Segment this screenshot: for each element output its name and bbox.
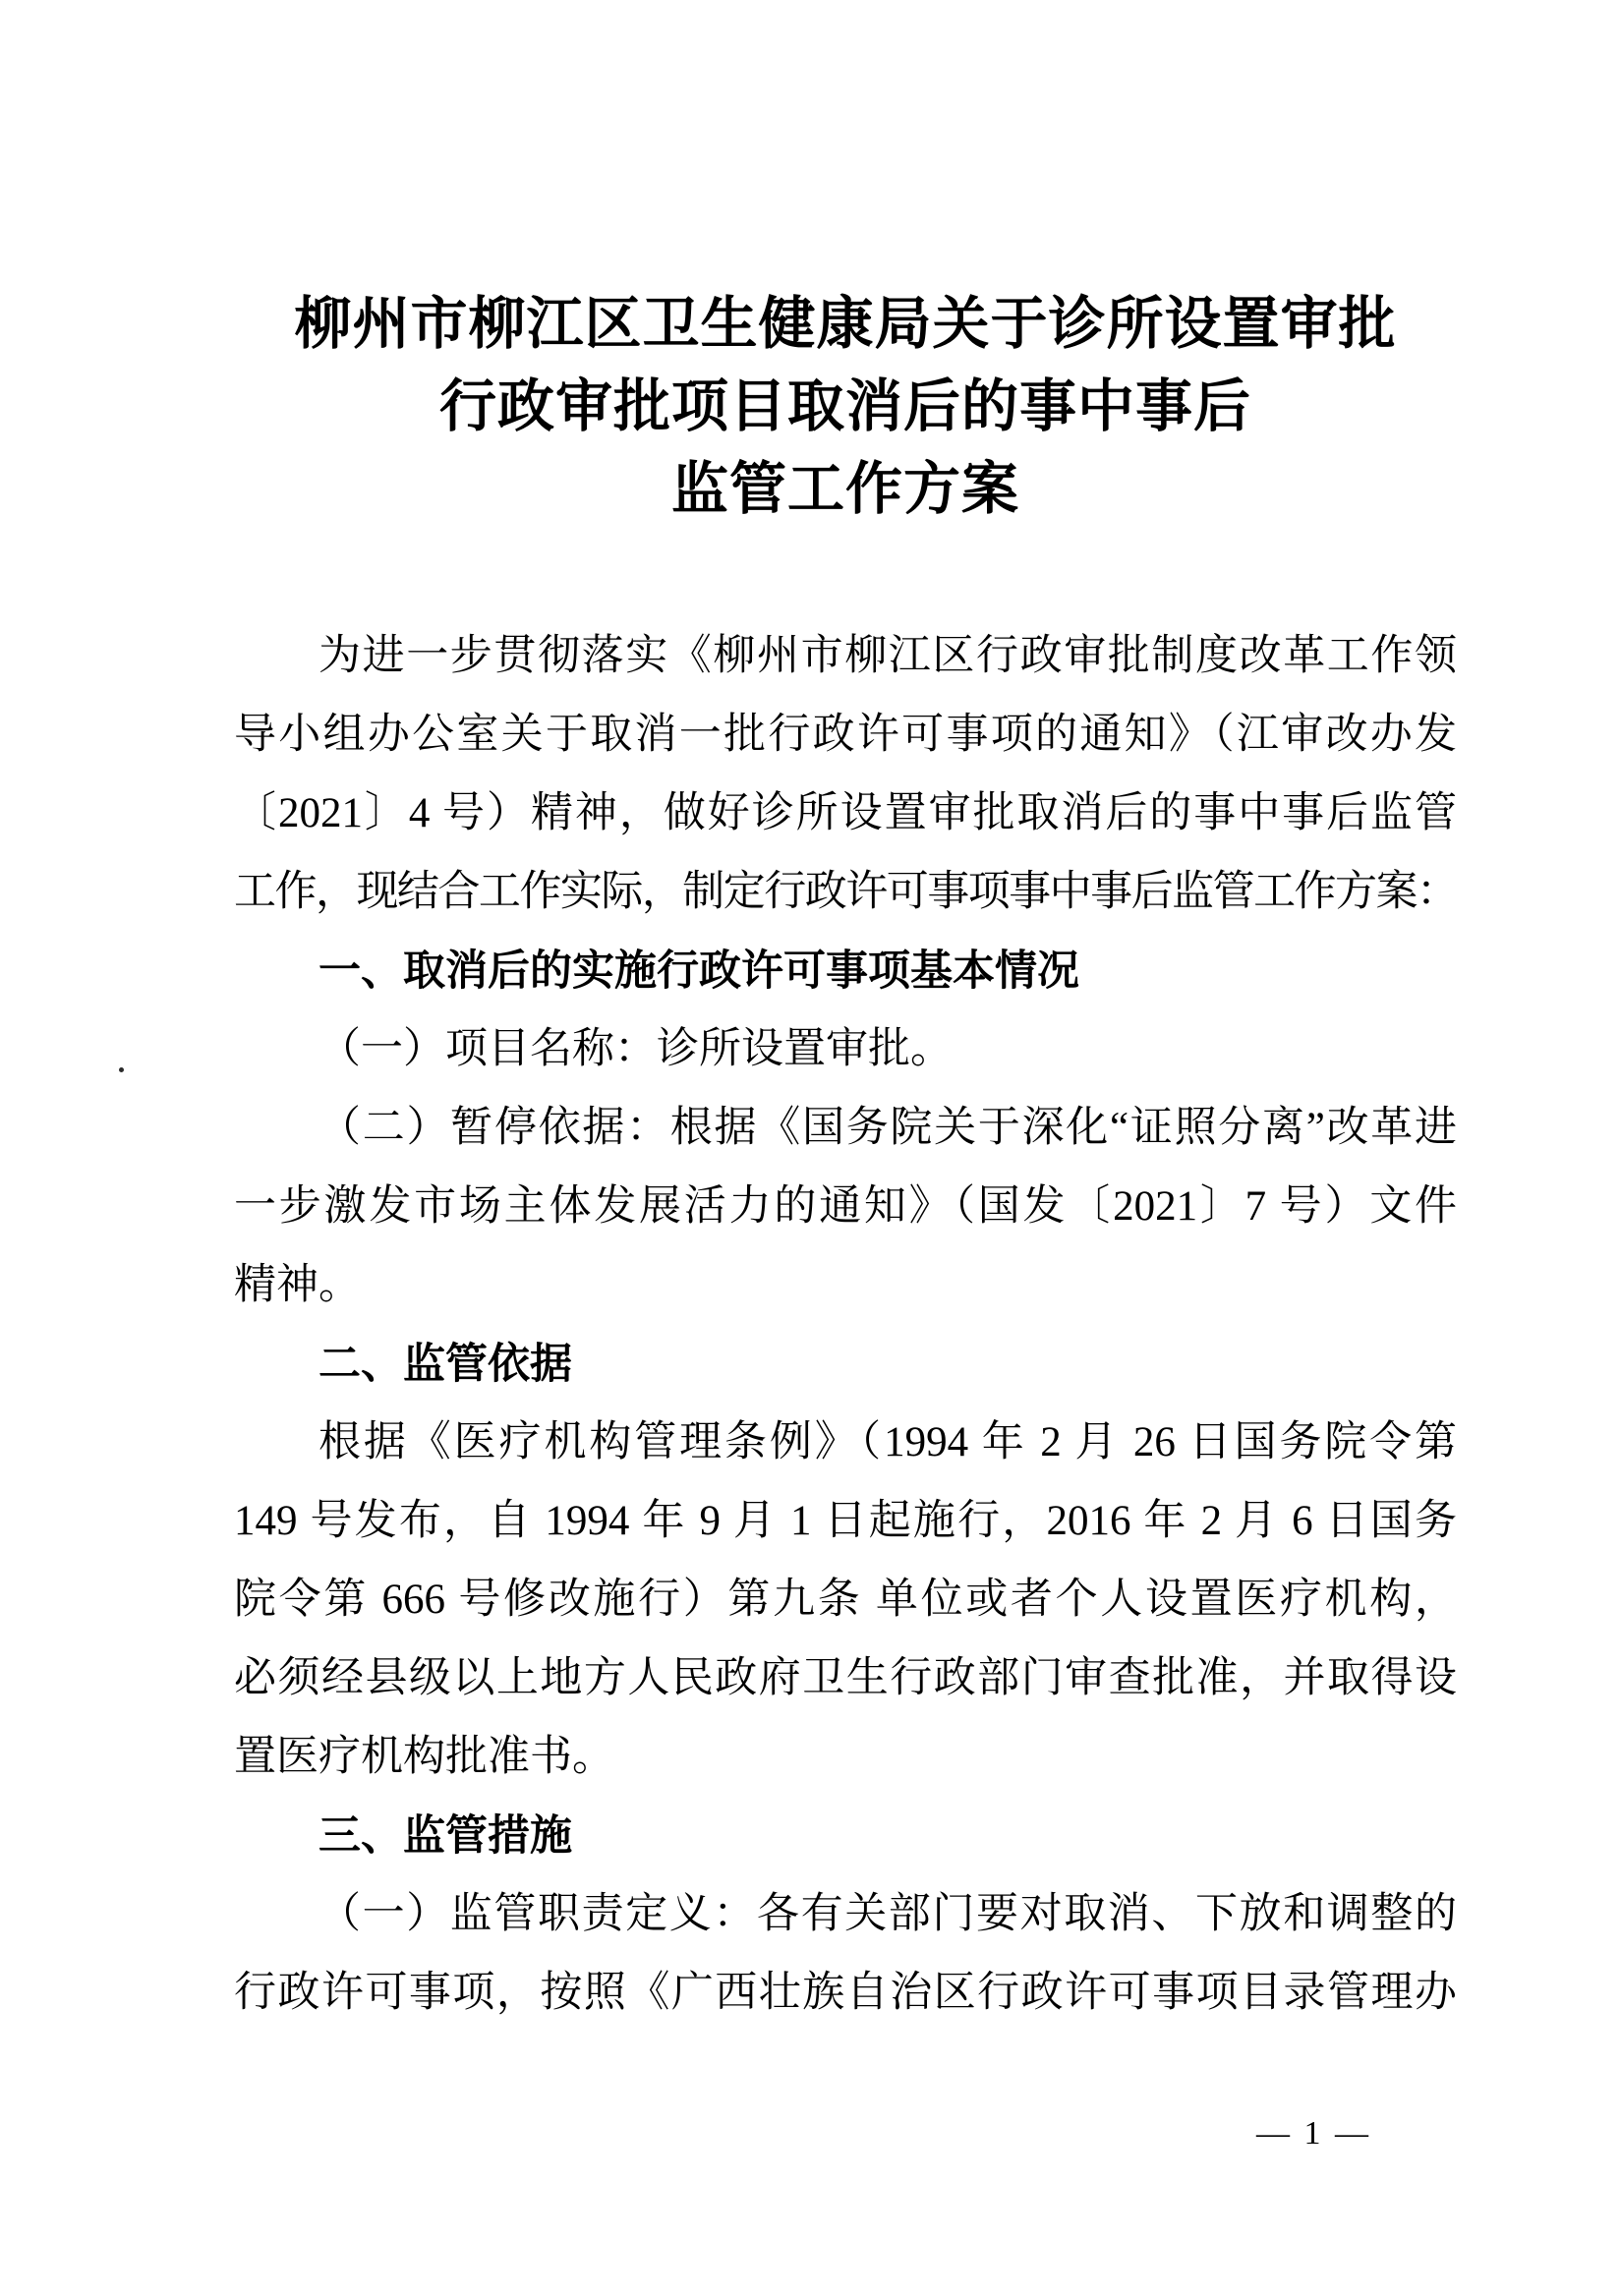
- body-line-12: 149 号发布，自 1994 年 9 月 1 日起施行，2016 年 2 月 6…: [234, 1482, 1457, 1561]
- body-line-09: 精神。: [234, 1246, 1457, 1325]
- document-page: 柳州市柳江区卫生健康局关于诊所设置审批 行政审批项目取消后的事中事后 监管工作方…: [0, 0, 1620, 2296]
- document-title-line-2: 行政审批项目取消后的事中事后: [234, 366, 1457, 448]
- document-title: 柳州市柳江区卫生健康局关于诊所设置审批 行政审批项目取消后的事中事后 监管工作方…: [234, 283, 1457, 531]
- document-body: 为进一步贯彻落实《柳州市柳江区行政审批制度改革工作领 导小组办公室关于取消一批行…: [234, 617, 1457, 2033]
- body-line-03: 〔2021〕4 号）精神，做好诊所设置审批取消后的事中事后监管: [234, 775, 1457, 853]
- body-line-04: 工作，现结合工作实际，制定行政许可事项事中事后监管工作方案：: [234, 853, 1457, 932]
- body-line-15: 置医疗机构批准书。: [234, 1718, 1457, 1797]
- body-line-13: 院令第 666 号修改施行）第九条 单位或者个人设置医疗机构，: [234, 1561, 1457, 1639]
- document-title-line-3: 监管工作方案: [234, 448, 1457, 531]
- body-line-14: 必须经县级以上地方人民政府卫生行政部门审查批准，并取得设: [234, 1639, 1457, 1718]
- section-heading-3: 三、监管措施: [234, 1797, 1457, 1875]
- body-line-06: （一）项目名称：诊所设置审批。: [234, 1010, 1457, 1089]
- page-number: — 1 —: [1256, 2115, 1371, 2152]
- section-heading-2: 二、监管依据: [234, 1325, 1457, 1404]
- scan-speck: [119, 1067, 124, 1072]
- body-line-17: （一）监管职责定义：各有关部门要对取消、下放和调整的: [234, 1875, 1457, 1954]
- document-title-line-1: 柳州市柳江区卫生健康局关于诊所设置审批: [234, 283, 1457, 366]
- body-line-01: 为进一步贯彻落实《柳州市柳江区行政审批制度改革工作领: [234, 617, 1457, 696]
- body-line-18: 行政许可事项，按照《广西壮族自治区行政许可事项目录管理办: [234, 1954, 1457, 2033]
- body-line-07: （二）暂停依据：根据《国务院关于深化“证照分离”改革进: [234, 1089, 1457, 1168]
- body-line-08: 一步激发市场主体发展活力的通知》（国发〔2021〕7 号）文件: [234, 1168, 1457, 1246]
- section-heading-1: 一、取消后的实施行政许可事项基本情况: [234, 932, 1457, 1010]
- body-line-11: 根据《医疗机构管理条例》（1994 年 2 月 26 日国务院令第: [234, 1404, 1457, 1482]
- body-line-02: 导小组办公室关于取消一批行政许可事项的通知》（江审改办发: [234, 696, 1457, 775]
